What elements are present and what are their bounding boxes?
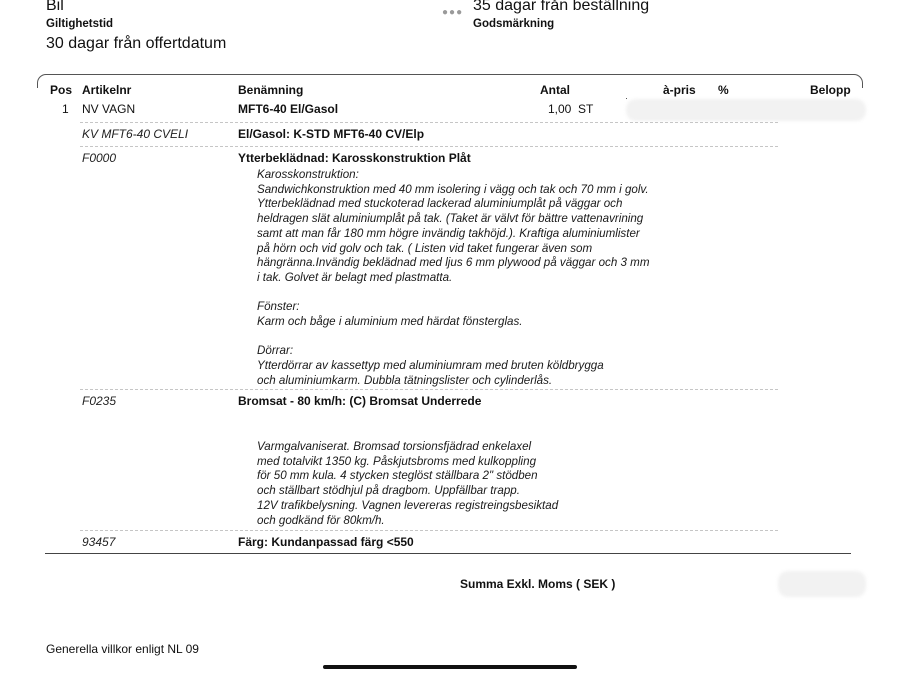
row-description: Varmgalvaniserat. Bromsad torsionsfjädra… [257,440,558,528]
row-article: F0235 [82,394,116,408]
row-article: F0000 [82,151,116,165]
col-description: Benämning [238,83,303,97]
delivery-label: Bil [46,0,64,15]
row-divider [80,146,778,147]
row-quantity: 1,00 [548,102,571,116]
row-title: El/Gasol: K-STD MFT6-40 CV/Elp [238,127,424,141]
row-unit: ST [578,102,593,116]
col-pos: Pos [50,83,72,97]
col-article: Artikelnr [82,83,131,97]
row-title: MFT6-40 El/Gasol [238,102,338,116]
total-label: Summa Exkl. Moms ( SEK ) [460,577,615,591]
row-description: Karosskonstruktion: Sandwichkonstruktion… [257,168,650,389]
redacted-total [778,571,866,597]
row-article: 93457 [82,535,115,549]
validity-value: 30 dagar från offertdatum [46,35,226,53]
col-amount: Belopp [810,83,851,97]
row-article: NV VAGN [82,102,135,116]
row-title: Bromsat - 80 km/h: (C) Bromsat Underrede [238,394,481,408]
delivery-time-value: 35 dagar från beställning [473,0,649,15]
table-end-line [45,553,851,554]
row-title: Färg: Kundanpassad färg <550 [238,535,414,549]
row-pos: 1 [62,102,69,116]
col-unit-price: à-pris [663,83,696,97]
row-article: KV MFT6-40 CVELI [82,127,225,141]
row-divider [80,122,778,123]
validity-label: Giltighetstid [46,18,113,30]
col-discount: % [718,83,729,97]
home-indicator[interactable] [323,665,577,669]
ellipsis-icon[interactable]: ●●● [442,7,463,18]
goods-marking-label: Godsmärkning [473,18,554,30]
redacted-price [626,99,866,121]
row-title: Ytterbeklädnad: Karosskonstruktion Plåt [238,151,471,165]
row-divider [80,530,778,531]
row-divider [80,389,778,390]
terms-text: Generella villkor enligt NL 09 [46,642,199,656]
col-quantity: Antal [540,83,570,97]
